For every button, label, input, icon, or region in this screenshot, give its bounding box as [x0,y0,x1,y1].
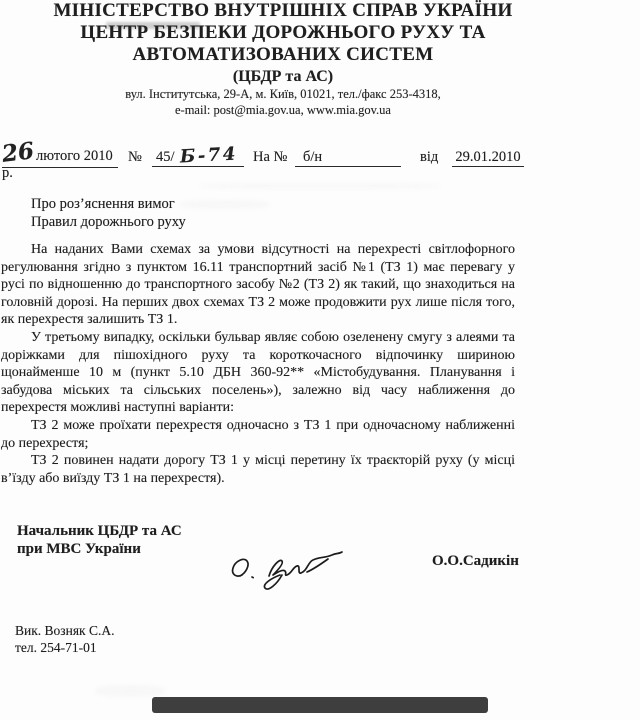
body-paragraph: У третьому випадку, оскільки бульвар явл… [1,329,515,417]
signer-title-line1: Начальник ЦБДР та АС [17,523,182,541]
handwritten-signature [222,545,360,595]
handwritten-day: 26 [1,142,35,164]
incoming-number-label: На № [253,149,287,166]
letterhead-abbreviation: (ЦБДР та АС) [0,67,566,86]
number-sign: № [128,149,142,166]
signer-name: О.О.Садикін [432,553,519,570]
letterhead-contacts: e-mail: post@mia.gov.ua, www.mia.gov.ua [0,104,566,118]
outgoing-date-field: 26лютого 2010 р. [2,144,118,168]
subject-line1: Про роз’яснення вимог [31,196,186,214]
letterhead: МІНІСТЕРСТВО ВНУТРІШНІХ СПРАВ УКРАЇНИ ЦЕ… [0,0,566,117]
executor-block: Вик. Возняк С.А. тел. 254-71-01 [15,623,115,656]
letterhead-address: вул. Інститутська, 29-А, м. Київ, 01021,… [0,88,566,102]
subject-block: Про роз’яснення вимог Правил дорожнього … [31,196,186,231]
signer-title-line2: при МВС України [17,541,182,559]
subject-line2: Правил дорожнього руху [31,214,186,232]
body-paragraph: ТЗ 2 повинен надати дорогу ТЗ 1 у місці … [1,452,515,487]
scroll-indicator[interactable] [152,697,488,713]
scan-artifact [95,685,165,697]
outgoing-number-typed: 45/ [156,142,175,166]
executor-name: Вик. Возняк С.А. [15,623,115,640]
outgoing-number-handwritten: Б-74 [179,146,238,165]
scanned-letter: МІНІСТЕРСТВО ВНУТРІШНІХ СПРАВ УКРАЇНИ ЦЕ… [0,0,640,720]
executor-phone: тел. 254-71-01 [15,640,115,657]
outgoing-number-field: 45/Б-74 [152,142,244,167]
letterhead-center-line1: ЦЕНТР БЕЗПЕКИ ДОРОЖНЬОГО РУХУ ТА [0,22,566,44]
scan-artifact [200,183,440,189]
letter-body: На наданих Вами схемах за умови відсутно… [1,241,515,487]
body-paragraph: На наданих Вами схемах за умови відсутно… [1,241,515,329]
incoming-number-field: б/н [295,142,401,167]
body-paragraph: ТЗ 2 може проїхати перехрестя одночасно … [1,417,515,452]
incoming-date-label: від [420,149,438,166]
incoming-date-field: 29.01.2010 [452,142,524,167]
letterhead-ministry: МІНІСТЕРСТВО ВНУТРІШНІХ СПРАВ УКРАЇНИ [0,0,566,22]
signer-title-block: Начальник ЦБДР та АС при МВС України [17,523,182,558]
reference-line: 26лютого 2010 р. № 45/Б-74 На № б/н від … [0,143,540,173]
letterhead-center-line2: АВТОМАТИЗОВАНИХ СИСТЕМ [0,44,566,66]
scan-artifact [180,200,270,209]
